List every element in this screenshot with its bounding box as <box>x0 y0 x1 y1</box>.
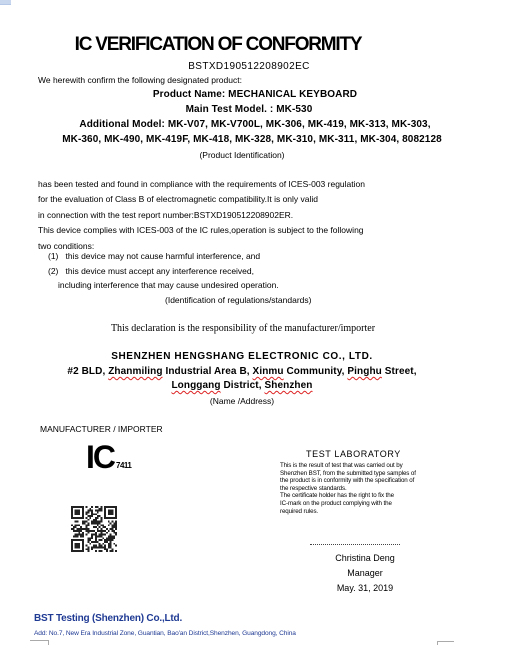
compliance-line: has been tested and found in compliance … <box>38 177 365 192</box>
address-part: #2 BLD, <box>67 366 108 377</box>
address-part: Community, <box>284 366 348 377</box>
name-address-caption: (Name /Address) <box>0 396 514 406</box>
lab-line: the product is in conformity with the sp… <box>280 477 420 485</box>
compliance-line: This device complies with ICES-003 of th… <box>38 223 365 238</box>
responsibility-statement: This declaration is the responsibility o… <box>0 323 514 334</box>
additional-model-line2: MK-360, MK-490, MK-419F, MK-418, MK-328,… <box>0 134 514 145</box>
page-corner-mark <box>48 640 49 645</box>
page-corner-mark <box>30 640 48 641</box>
ic-logo: IC7411 <box>86 441 131 482</box>
manufacturer-name: SHENZHEN HENGSHANG ELECTRONIC CO., LTD. <box>0 351 514 362</box>
intro-text: We herewith confirm the following design… <box>38 75 242 85</box>
signatory-role: Manager <box>290 568 440 578</box>
condition-2: (2) this device must accept any interfer… <box>48 266 254 276</box>
lab-line: IC-mark on the product complying with th… <box>280 500 420 508</box>
lab-line: Shenzhen BST, from the submitted type sa… <box>280 470 420 478</box>
compliance-line: in connection with the test report numbe… <box>38 208 365 223</box>
condition-number: (1) <box>48 251 58 261</box>
lab-line: The certificate holder has the right to … <box>280 492 420 500</box>
regulations-caption: (Identification of regulations/standards… <box>165 295 311 305</box>
window-corner-marker <box>0 0 11 5</box>
address-part-misspelled: Shenzhen <box>264 380 312 391</box>
address-part-misspelled: Zhanmiling <box>108 366 162 377</box>
manufacturer-address-line2: Longgang District, Shenzhen <box>0 380 514 391</box>
condition-1: (1) this device may not cause harmful in… <box>48 251 260 261</box>
signatory-name: Christina Deng <box>290 553 440 563</box>
test-laboratory-heading: TEST LABORATORY <box>306 449 401 459</box>
additional-model-line1: Additional Model: MK-V07, MK-V700L, MK-3… <box>0 119 514 130</box>
condition-continuation: including interference that may cause un… <box>58 280 279 290</box>
lab-line: This is the result of test that was carr… <box>280 462 420 470</box>
address-part-misspelled: Longgang <box>171 380 220 391</box>
condition-text: this device must accept any interference… <box>65 266 254 276</box>
reference-number: BSTXD190512208902EC <box>0 61 514 72</box>
manufacturer-importer-label: MANUFACTURER / IMPORTER <box>40 424 163 434</box>
document-title: IC VERIFICATION OF CONFORMITY <box>0 34 514 56</box>
ic-logo-letters: IC <box>86 439 114 475</box>
condition-text: this device may not cause harmful interf… <box>65 251 260 261</box>
lab-line: required rules. <box>280 508 420 516</box>
compliance-text: has been tested and found in compliance … <box>38 177 365 254</box>
condition-number: (2) <box>48 266 58 276</box>
product-identification-caption: (Product Identification) <box>0 150 514 160</box>
ic-logo-number: 7411 <box>116 461 131 470</box>
footer-address: Add: No.7, New Era Industrial Zone, Guan… <box>34 630 296 637</box>
address-part: District, <box>221 380 265 391</box>
address-part-misspelled: Pinghu <box>347 366 381 377</box>
signature-line <box>310 544 400 545</box>
address-part-misspelled: Xinmu <box>253 366 284 377</box>
signature-date: May. 31, 2019 <box>290 583 440 593</box>
test-laboratory-text: This is the result of test that was carr… <box>280 462 420 515</box>
manufacturer-address-line1: #2 BLD, Zhanmiling Industrial Area B, Xi… <box>0 366 514 377</box>
main-test-model: Main Test Model. : MK-530 <box>0 104 514 115</box>
lab-line: the respective standards. <box>280 485 420 493</box>
address-part: Industrial Area B, <box>163 366 253 377</box>
compliance-line: for the evaluation of Class B of electro… <box>38 192 365 207</box>
qr-code <box>71 506 117 552</box>
footer-company: BST Testing (Shenzhen) Co.,Ltd. <box>34 613 182 624</box>
address-part: Street, <box>382 366 417 377</box>
page-corner-mark <box>437 641 454 642</box>
product-name: Product Name: MECHANICAL KEYBOARD <box>0 89 514 100</box>
